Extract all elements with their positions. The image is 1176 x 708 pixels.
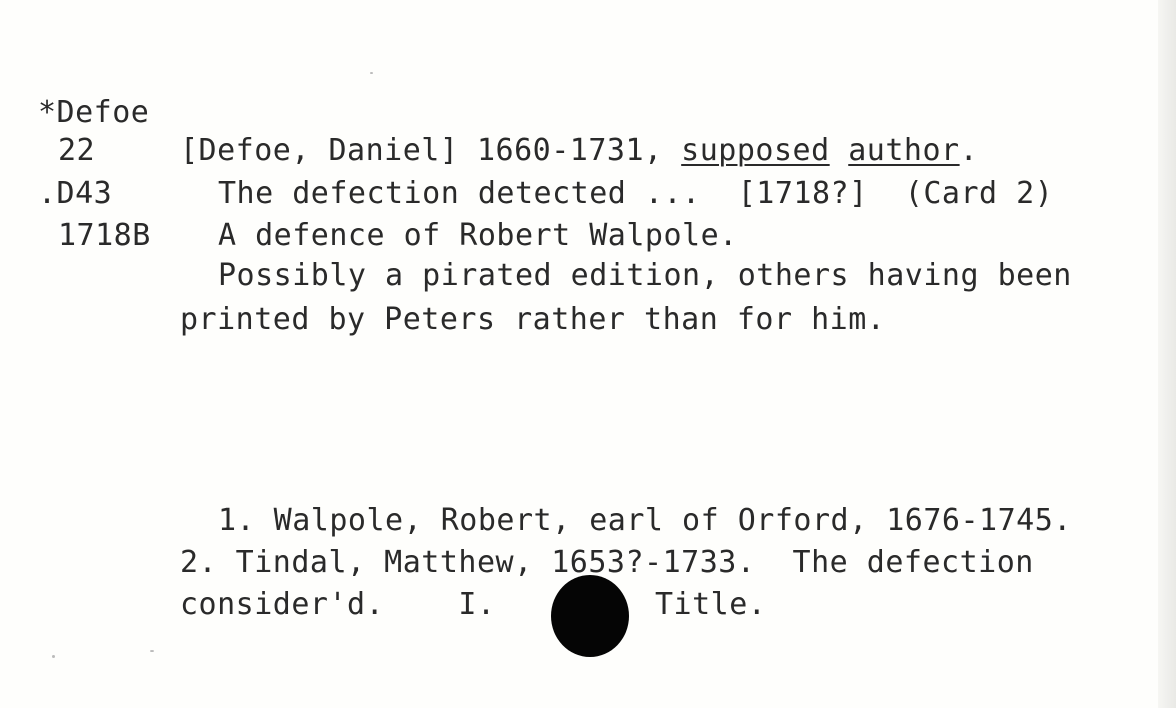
heading-supposed: supposed (681, 133, 830, 168)
heading-period: . (960, 133, 979, 168)
heading-author: author (848, 133, 959, 168)
note-line-2: printed by Peters rather than for him. (180, 302, 885, 338)
heading-name: [Defoe, Daniel] 1660-1731, (180, 133, 681, 168)
call-number-line-2: 22 (58, 133, 95, 169)
punch-hole (551, 575, 629, 657)
subtitle-line: A defence of Robert Walpole. (218, 218, 738, 254)
tracing-line-2: 2. Tindal, Matthew, 1653?-1733. The defe… (180, 545, 1034, 581)
main-heading: [Defoe, Daniel] 1660-1731, supposed auth… (180, 133, 978, 169)
tracing-line-1: 1. Walpole, Robert, earl of Orford, 1676… (218, 503, 1072, 539)
tracing-line-3: consider'd. I. (180, 587, 496, 623)
call-number-line-1: *Defoe (38, 95, 149, 131)
speck (52, 655, 55, 658)
heading-space (830, 133, 849, 168)
title-line: The defection detected ... [1718?] (Card… (218, 176, 1053, 212)
speck (150, 650, 154, 652)
card-edge (1158, 0, 1176, 708)
tracing-title: Title. (655, 587, 766, 623)
call-number-line-4: 1718B (58, 218, 151, 254)
call-number-line-3: .D43 (38, 176, 112, 212)
note-line-1: Possibly a pirated edition, others havin… (218, 258, 1072, 294)
speck (370, 72, 373, 74)
catalog-card: *Defoe 22 .D43 1718B [Defoe, Daniel] 166… (0, 0, 1176, 708)
